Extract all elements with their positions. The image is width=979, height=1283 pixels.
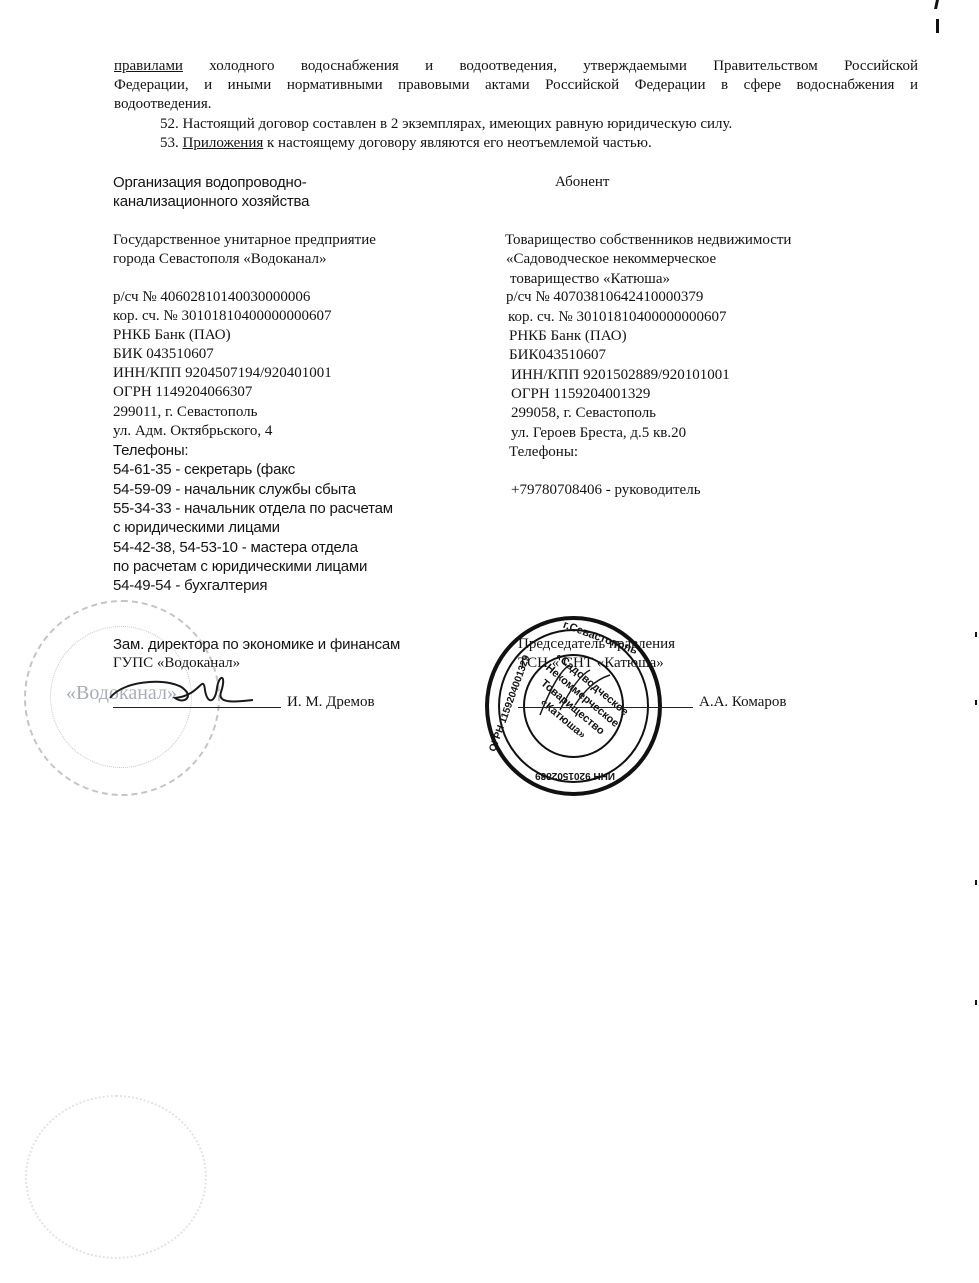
stamp-inn-text: ИНН 9201502889: [535, 770, 615, 781]
right-corr-account: кор. сч. № 30101810400000000607: [508, 308, 727, 327]
bleed-through-stamp: [25, 1095, 207, 1259]
right-signature-icon: [530, 660, 620, 720]
scan-mark: [975, 1000, 977, 1005]
left-phone-4: 54-42-38, 54-53-10 - мастера отдела: [113, 538, 358, 557]
right-account: р/сч № 40703810642410000379: [506, 288, 703, 307]
scan-mark: [975, 700, 977, 705]
margin-mark: [934, 0, 939, 9]
left-phone-1: 54-61-35 - секретарь (факс: [113, 460, 295, 479]
left-party-heading-2: канализационного хозяйства: [113, 192, 309, 211]
right-party-heading: Абонент: [555, 173, 609, 192]
right-phones-label: Телефоны:: [509, 443, 578, 462]
right-party-name-2: «Садоводческое некоммерческое: [506, 250, 716, 269]
left-phone-3-cont: с юридическими лицами: [113, 518, 280, 537]
intro-line-2: Федерации, и иными нормативными правовым…: [114, 76, 918, 95]
left-bank: РНКБ Банк (ПАО): [113, 326, 231, 345]
contract-page: правилами холодного водоснабжения и водо…: [0, 0, 979, 1283]
left-account: р/сч № 40602810140030000006: [113, 288, 310, 307]
clause-53: 53. Приложения к настоящему договору явл…: [160, 134, 652, 153]
intro-line-3: водоотведения.: [114, 95, 212, 114]
left-signer-title-1: Зам. директора по экономике и финансам: [113, 635, 400, 654]
left-phone-4-cont: по расчетам с юридическими лицами: [113, 557, 367, 576]
right-phone: +79780708406 - руководитель: [511, 481, 701, 500]
left-party-heading-1: Организация водопроводно-: [113, 173, 307, 192]
left-corr-account: кор. сч. № 30101810400000000607: [113, 307, 332, 326]
scan-mark: [975, 632, 977, 637]
left-party-name-2: города Севастополя «Водоканал»: [113, 250, 326, 269]
appendices-link: Приложения: [183, 135, 264, 151]
clause-52: 52. Настоящий договор составлен в 2 экзе…: [160, 115, 732, 134]
left-inn-kpp: ИНН/КПП 9204507194/920401001: [113, 364, 332, 383]
right-inn-kpp: ИНН/КПП 9201502889/920101001: [511, 366, 730, 385]
left-phone-2: 54-59-09 - начальник службы сбыта: [113, 480, 356, 499]
left-party-name-1: Государственное унитарное предприятие: [113, 231, 376, 250]
right-party-name-3: товарищество «Катюша»: [510, 270, 670, 289]
intro-line-1: правилами холодного водоснабжения и водо…: [114, 57, 918, 76]
left-city: 299011, г. Севастополь: [113, 403, 257, 422]
rules-link: правилами: [114, 58, 183, 74]
left-bik: БИК 043510607: [113, 345, 214, 364]
right-bank: РНКБ Банк (ПАО): [509, 327, 627, 346]
left-signature-icon: [105, 668, 255, 710]
right-ogrn: ОГРН 1159204001329: [511, 385, 650, 404]
left-phones-label: Телефоны:: [113, 441, 188, 460]
right-city: 299058, г. Севастополь: [511, 404, 656, 423]
margin-mark: [936, 19, 939, 33]
left-phone-5: 54-49-54 - бухгалтерия: [113, 576, 267, 595]
scan-mark: [975, 880, 977, 885]
right-party-name-1: Товарищество собственников недвижимости: [505, 231, 791, 250]
left-signer-name: И. М. Дремов: [287, 693, 375, 712]
left-ogrn: ОГРН 1149204066307: [113, 383, 252, 402]
left-signature-line: [113, 707, 281, 708]
right-signature-line: [518, 707, 693, 708]
left-phone-3: 55-34-33 - начальник отдела по расчетам: [113, 499, 393, 518]
right-street: ул. Героев Бреста, д.5 кв.20: [511, 424, 686, 443]
right-bik: БИК043510607: [509, 346, 606, 365]
right-signer-title-1: Председатель правления: [518, 635, 675, 654]
right-signer-name: А.А. Комаров: [699, 693, 787, 712]
left-street: ул. Адм. Октябрьского, 4: [113, 422, 272, 441]
